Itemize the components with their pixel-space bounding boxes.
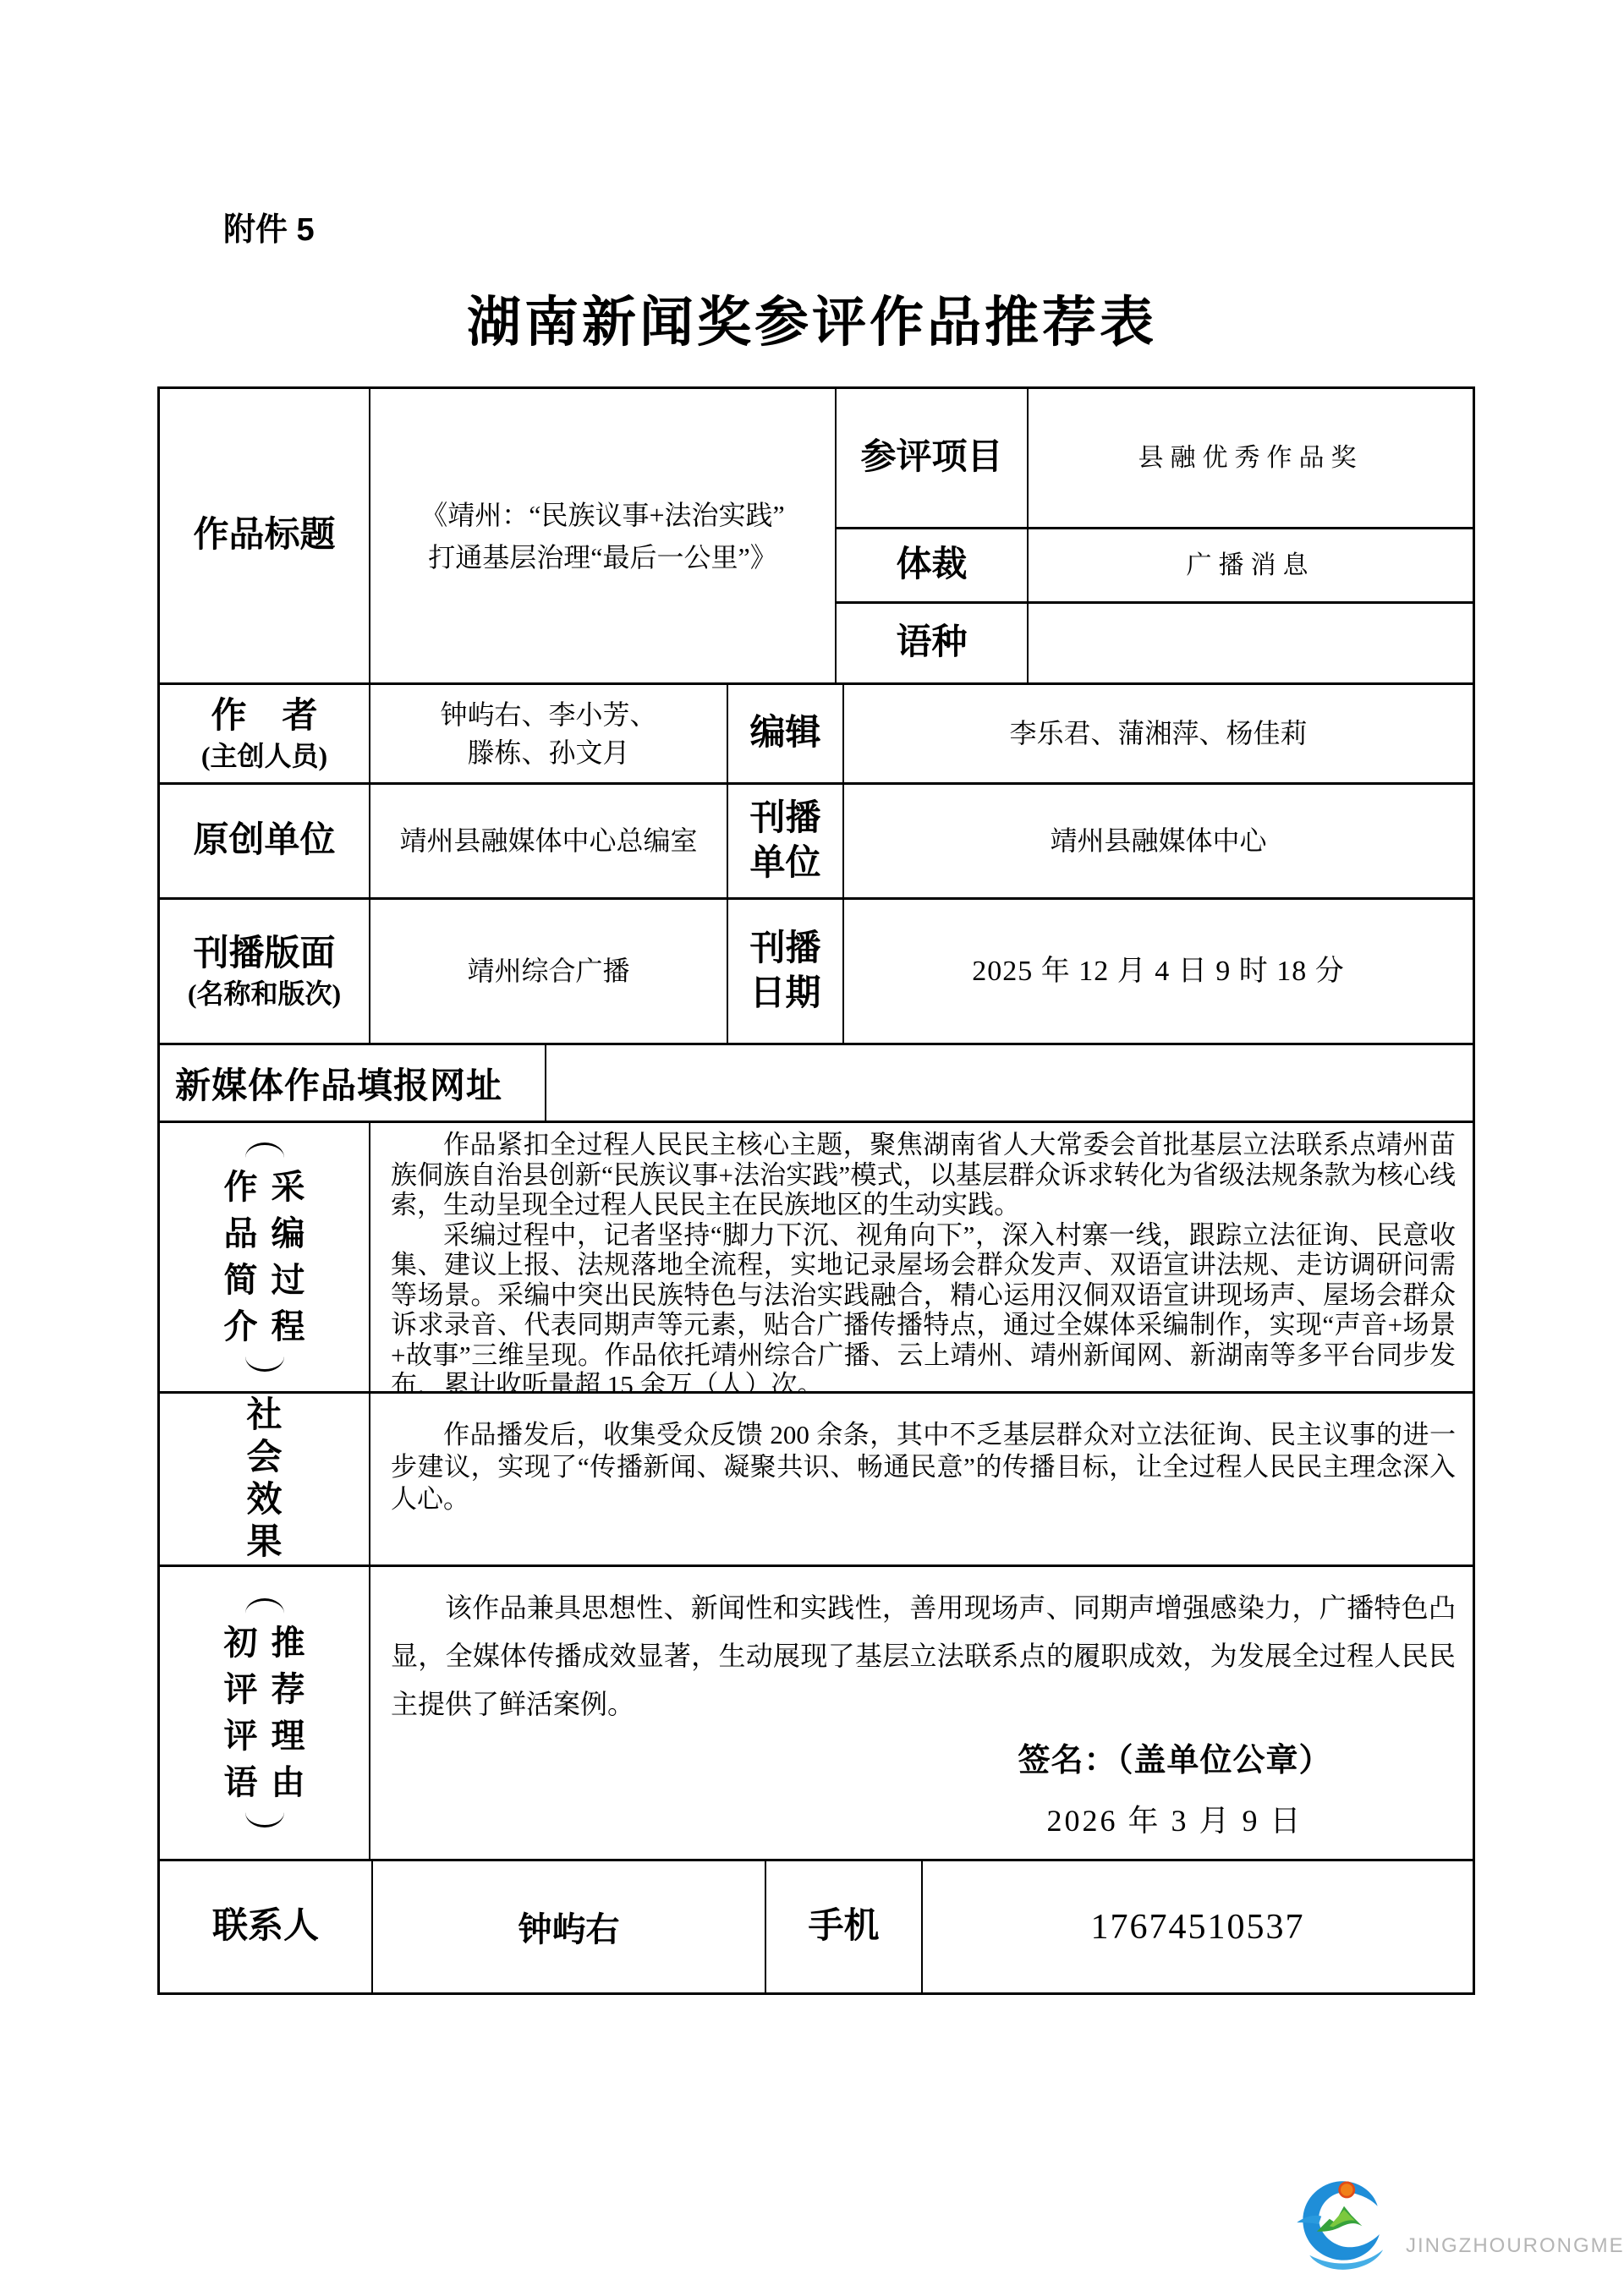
publish-page-label-line1: 刊播版面 <box>193 932 335 977</box>
work-intro-label-row: 简过 <box>211 1263 319 1297</box>
new-media-url-value <box>546 1045 1473 1121</box>
review-comments-vertical-label: 初推 评荐 评理 语由 <box>211 1598 319 1827</box>
author-value: 钟屿右、李小芳、 滕栋、孙文月 <box>370 685 728 782</box>
review-label-row: 评荐 <box>211 1673 319 1707</box>
contact-name: 钟屿右 <box>373 1861 766 1992</box>
work-intro-paragraph-2: 采编过程中，记者坚持“脚力下沉、视角向下”，深入村寨一线，跟踪立法征询、民意收集… <box>391 1220 1456 1392</box>
work-title-label: 作品标题 <box>160 389 370 682</box>
work-intro-label-row: 品编 <box>211 1217 319 1251</box>
paren-close-icon <box>245 1812 284 1827</box>
row-author: 作 者 (主创人员) 钟屿右、李小芳、 滕栋、孙文月 编辑 李乐君、蒲湘萍、杨佳… <box>160 685 1473 785</box>
review-label-row: 评理 <box>211 1719 319 1753</box>
work-title-line2: 打通基层治理“最后一公里”》 <box>420 536 784 578</box>
social-effect-char: 会 <box>246 1440 282 1476</box>
paren-close-icon <box>245 1356 284 1372</box>
entry-info-stack: 参评项目 县融优秀作品奖 体裁 广播消息 语种 <box>837 389 1473 682</box>
work-intro-label-row: 介程 <box>211 1310 319 1344</box>
row-social-effect: 社 会 效 果 作品播发后，收集受众反馈 200 余条，其中不乏基层群众对立法征… <box>160 1394 1473 1567</box>
social-effect-text-cell: 作品播发后，收集受众反馈 200 余条，其中不乏基层群众对立法征询、民主议事的进… <box>370 1394 1473 1564</box>
phone-number: 17674510537 <box>923 1861 1473 1992</box>
jingzhou-rongmei-logo-icon <box>1289 2172 1399 2271</box>
work-intro-vertical-label: 作采 品编 简过 介程 <box>211 1143 319 1372</box>
publish-unit-label: 刊播 单位 <box>728 785 844 897</box>
work-title-value: 《靖州：“民族议事+法治实践” 打通基层治理“最后一公里”》 <box>420 494 784 578</box>
language-value <box>1029 604 1473 682</box>
review-comments-paragraph: 该作品兼具思想性、新闻性和实践性，善用现场声、同期声增强感染力，广播特色凸显，全… <box>391 1584 1456 1729</box>
entry-category-value: 县融优秀作品奖 <box>1029 389 1473 527</box>
author-value-line1: 钟屿右、李小芳、 <box>440 696 656 734</box>
editor-label: 编辑 <box>728 685 844 782</box>
recommendation-table: 作品标题 《靖州：“民族议事+法治实践” 打通基层治理“最后一公里”》 参评项目… <box>157 386 1475 1995</box>
language-label: 语种 <box>837 604 1029 682</box>
author-label-line2: (主创人员) <box>201 739 327 773</box>
original-unit-value: 靖州县融媒体中心总编室 <box>370 785 728 897</box>
genre-value: 广播消息 <box>1029 529 1473 601</box>
work-intro-label: 作采 品编 简过 介程 <box>160 1123 370 1391</box>
row-genre: 体裁 广播消息 <box>837 529 1473 604</box>
social-effect-char: 社 <box>246 1398 282 1433</box>
row-language: 语种 <box>837 604 1473 682</box>
row-work-intro: 作采 品编 简过 介程 作品紧扣全过程人民民主核心主题，聚焦湖南省人大常委会首批… <box>160 1123 1473 1394</box>
publish-date-value: 2025 年 12 月 4 日 9 时 18 分 <box>844 900 1473 1043</box>
genre-label: 体裁 <box>837 529 1029 601</box>
page: 附件 5 湖南新闻奖参评作品推荐表 作品标题 《靖州：“民族议事+法治实践” 打… <box>0 0 1624 2296</box>
row-publish-page: 刊播版面 (名称和版次) 靖州综合广播 刊播 日期 2025 年 12 月 4 … <box>160 900 1473 1045</box>
author-label: 作 者 (主创人员) <box>160 685 370 782</box>
paren-open-icon <box>245 1143 284 1158</box>
work-intro-text-cell: 作品紧扣全过程人民民主核心主题，聚焦湖南省人大常委会首批基层立法联系点靖州苗族侗… <box>370 1123 1473 1391</box>
publish-unit-label-line2: 单位 <box>749 841 820 886</box>
row-work-title: 作品标题 《靖州：“民族议事+法治实践” 打通基层治理“最后一公里”》 参评项目… <box>160 389 1473 685</box>
social-effect-label: 社 会 效 果 <box>160 1394 370 1564</box>
work-title-line1: 《靖州：“民族议事+法治实践” <box>420 494 784 536</box>
document-title: 湖南新闻奖参评作品推荐表 <box>0 279 1624 357</box>
work-intro-label-row: 作采 <box>211 1170 319 1204</box>
editor-value: 李乐君、蒲湘萍、杨佳莉 <box>844 685 1473 782</box>
publish-unit-label-line1: 刊播 <box>749 797 820 841</box>
work-intro-paragraph-1: 作品紧扣全过程人民民主核心主题，聚焦湖南省人大常委会首批基层立法联系点靖州苗族侗… <box>391 1130 1456 1220</box>
publish-page-value: 靖州综合广播 <box>370 900 728 1043</box>
review-comments-text-cell: 该作品兼具思想性、新闻性和实践性，善用现场声、同期声增强感染力，广播特色凸显，全… <box>370 1567 1473 1859</box>
publish-date-label-line1: 刊播 <box>749 927 820 972</box>
original-unit-label: 原创单位 <box>160 785 370 897</box>
social-effect-paragraph: 作品播发后，收集受众反馈 200 余条，其中不乏基层群众对立法征询、民主议事的进… <box>391 1419 1456 1515</box>
publish-page-label: 刊播版面 (名称和版次) <box>160 900 370 1043</box>
row-review-comments: 初推 评荐 评理 语由 该作品兼具思想性、新闻性和实践性，善用现场声、同期声增强… <box>160 1567 1473 1861</box>
review-comments-label: 初推 评荐 评理 语由 <box>160 1567 370 1859</box>
work-title-value-cell: 《靖州：“民族议事+法治实践” 打通基层治理“最后一公里”》 <box>370 389 837 682</box>
signature-date: 2026 年 3 月 9 日 <box>1046 1797 1303 1840</box>
social-effect-vertical-label: 社 会 效 果 <box>246 1398 282 1560</box>
new-media-url-label: 新媒体作品填报网址 <box>160 1045 546 1121</box>
row-original-unit: 原创单位 靖州县融媒体中心总编室 刊播 单位 靖州县融媒体中心 <box>160 785 1473 900</box>
author-label-line1: 作 者 <box>211 694 317 739</box>
signature-block: 签名：（盖单位公章） 2026 年 3 月 9 日 <box>972 1734 1378 1840</box>
publish-date-label: 刊播 日期 <box>728 900 844 1043</box>
entry-category-label: 参评项目 <box>837 389 1029 527</box>
publish-page-label-line2: (名称和版次) <box>188 977 341 1011</box>
review-label-row: 语由 <box>211 1766 319 1800</box>
review-label-row: 初推 <box>211 1626 319 1660</box>
watermark-logo: JINGZHOURONGMEI <box>1289 2172 1624 2271</box>
logo-text: JINGZHOURONGMEI <box>1406 2234 1624 2258</box>
attachment-label: 附件 5 <box>223 203 315 249</box>
author-value-line2: 滕栋、孙文月 <box>467 734 629 772</box>
publish-unit-value: 靖州县融媒体中心 <box>844 785 1473 897</box>
row-entry-category: 参评项目 县融优秀作品奖 <box>837 389 1473 529</box>
contact-label: 联系人 <box>160 1861 373 1992</box>
paren-open-icon <box>245 1598 284 1614</box>
publish-date-label-line2: 日期 <box>749 972 820 1016</box>
row-new-media-url: 新媒体作品填报网址 <box>160 1045 1473 1123</box>
social-effect-char: 果 <box>246 1525 282 1560</box>
phone-label: 手机 <box>766 1861 923 1992</box>
row-contact: 联系人 钟屿右 手机 17674510537 <box>160 1861 1473 1992</box>
social-effect-char: 效 <box>246 1482 282 1518</box>
signature-line: 签名：（盖单位公章） <box>1018 1734 1331 1780</box>
